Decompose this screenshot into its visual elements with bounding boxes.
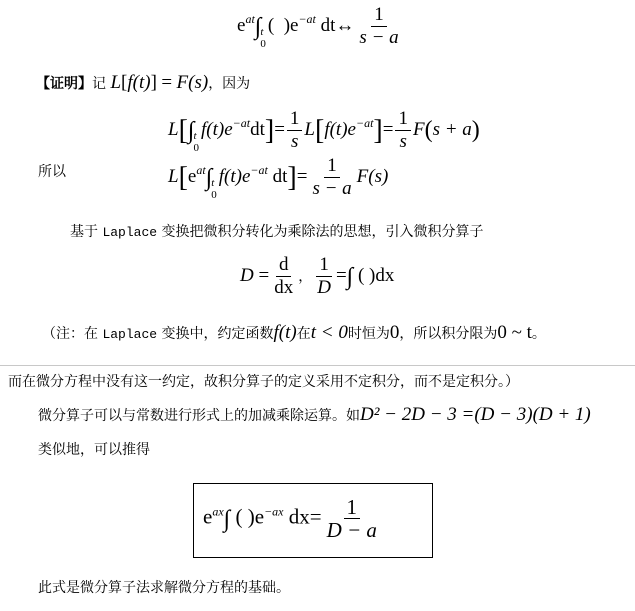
text: 变换中，约定函数	[162, 326, 274, 342]
operator-definition: D =ddx，1D=∫ ( )dx	[240, 254, 394, 299]
equals: =	[274, 119, 285, 140]
bracket: ]	[265, 115, 274, 146]
text: ，所以积分限为	[399, 326, 497, 342]
bracket: ]	[373, 115, 382, 146]
exponent: at	[196, 163, 205, 177]
formula-top: eat∫t0( )e−at dt↔1s − a	[237, 4, 404, 50]
differential: dx	[375, 265, 394, 286]
exponent: −at	[356, 116, 373, 130]
therefore-label: 所以	[38, 162, 66, 182]
equals: =	[258, 265, 269, 286]
proof-line: 【证明】记 L[f(t)] = F(s)，因为	[36, 72, 250, 94]
laplace-word: Laplace	[102, 225, 157, 240]
equals: =	[310, 504, 322, 528]
D-symbol: D	[240, 265, 254, 286]
exponent: at	[245, 12, 254, 26]
exponent: ax	[212, 504, 223, 518]
laplace-op: L	[304, 119, 315, 140]
equation-2: L[eat∫t0f(t)e−at dt]=1s − aF(s)	[168, 155, 388, 201]
fraction: 1D − a	[324, 496, 380, 541]
paren-open: (	[268, 15, 274, 36]
integral-limits: t0	[211, 177, 217, 201]
page-divider	[0, 365, 635, 366]
transform-arrow: ↔	[335, 15, 354, 36]
integrand: f(t)e	[201, 119, 233, 140]
range: 0 ~ t	[497, 322, 532, 343]
F-of-s: F(s)	[177, 72, 209, 93]
integral-limits: t0	[260, 26, 266, 50]
text: 。	[532, 326, 546, 342]
note-continuation: 而在微分方程中没有这一约定，故积分算子的定义采用不定积分，而不是定积分。）	[8, 372, 519, 392]
equation-1: L[∫t0f(t)e−atdt]=1sL[f(t)e−at]=1sF(s + a…	[168, 108, 480, 154]
text: 基于	[70, 224, 98, 240]
laplace-op: L	[168, 166, 179, 187]
f-of-t: f(t)	[127, 72, 150, 93]
zero: 0	[390, 322, 400, 343]
text: 变换把微积分转化为乘除法的思想，引入微积分算子	[162, 224, 484, 240]
equals: =	[336, 265, 347, 286]
text: 微分算子可以与常数进行形式上的加减乘除运算。如	[38, 408, 360, 424]
differential: dt	[273, 166, 288, 187]
differential: dt	[250, 119, 265, 140]
paragraph-operator-intro: 基于 Laplace 变换把微积分转化为乘除法的思想，引入微积分算子	[70, 222, 484, 243]
proof-text: ，因为	[208, 76, 250, 92]
exponent: −at	[233, 116, 250, 130]
bracket: [	[179, 115, 188, 146]
lower-limit: 0	[260, 38, 266, 50]
text: 时恒为	[348, 326, 390, 342]
equals: =	[161, 72, 172, 93]
bracket: ]	[287, 162, 296, 193]
note-line: （注：在 Laplace 变换中，约定函数f(t)在t < 0时恒为0，所以积分…	[42, 322, 546, 345]
proof-label: 【证明】	[36, 76, 92, 92]
formula-lhs: D² − 2D − 3 =	[360, 404, 474, 425]
upper-limit: t	[193, 130, 199, 142]
boxed-formula: eax∫ ( )e−ax dx=1D − a	[203, 496, 382, 541]
e-symbol: e	[203, 504, 212, 528]
lower-limit: 0	[211, 189, 217, 201]
integral-sign: ∫	[224, 506, 231, 532]
fraction: ddx	[271, 254, 296, 299]
exponent: −ax	[264, 504, 283, 518]
integrand: f(t)e	[219, 166, 251, 187]
paren: (	[425, 117, 433, 143]
fraction: 1s − a	[309, 155, 354, 200]
bracket: [	[315, 115, 324, 146]
laplace-op: L	[168, 119, 179, 140]
laplace-word: Laplace	[102, 327, 157, 342]
e-symbol: e	[255, 504, 264, 528]
f-of-t: f(t)	[274, 322, 297, 343]
F-of-s: F(s)	[357, 166, 389, 187]
paren: )	[472, 117, 480, 143]
text: （注：在	[42, 326, 98, 342]
lower-limit: 0	[193, 142, 199, 154]
equals: =	[297, 166, 308, 187]
condition: t < 0	[311, 322, 348, 343]
placeholder-parens: ( )	[235, 504, 254, 528]
paragraph-operator-algebra: 微分算子可以与常数进行形式上的加减乘除运算。如D² − 2D − 3 =(D −…	[38, 404, 591, 426]
proof-text: 记	[92, 76, 106, 92]
fraction: 1s	[287, 108, 303, 153]
F-symbol: F	[413, 119, 425, 140]
upper-limit: t	[211, 177, 217, 189]
integral-sign: ∫	[347, 264, 354, 290]
fraction: 1s	[395, 108, 411, 153]
fraction: 1s − a	[356, 4, 401, 49]
bracket: [	[179, 162, 188, 193]
exponent: −at	[298, 12, 315, 26]
inner-expr: f(t)e	[324, 119, 356, 140]
text: 在	[297, 326, 311, 342]
paragraph-similarly: 类似地，可以推得	[38, 440, 150, 460]
integral-limits: t0	[193, 130, 199, 154]
differential: dt	[321, 15, 336, 36]
conclusion: 此式是微分算子法求解微分方程的基础。	[38, 578, 290, 598]
equals: =	[383, 119, 394, 140]
bracket: ]	[151, 72, 157, 93]
fraction: 1D	[314, 254, 334, 299]
upper-limit: t	[260, 26, 266, 38]
factor-2: (D + 1)	[533, 404, 591, 425]
placeholder-parens: ( )	[358, 265, 375, 286]
factor-1: (D − 3)	[474, 404, 532, 425]
argument: s + a	[433, 119, 472, 140]
exponent: −at	[250, 163, 267, 177]
differential: dx	[289, 504, 310, 528]
comma: ，	[298, 270, 312, 285]
laplace-op: L	[110, 72, 121, 93]
